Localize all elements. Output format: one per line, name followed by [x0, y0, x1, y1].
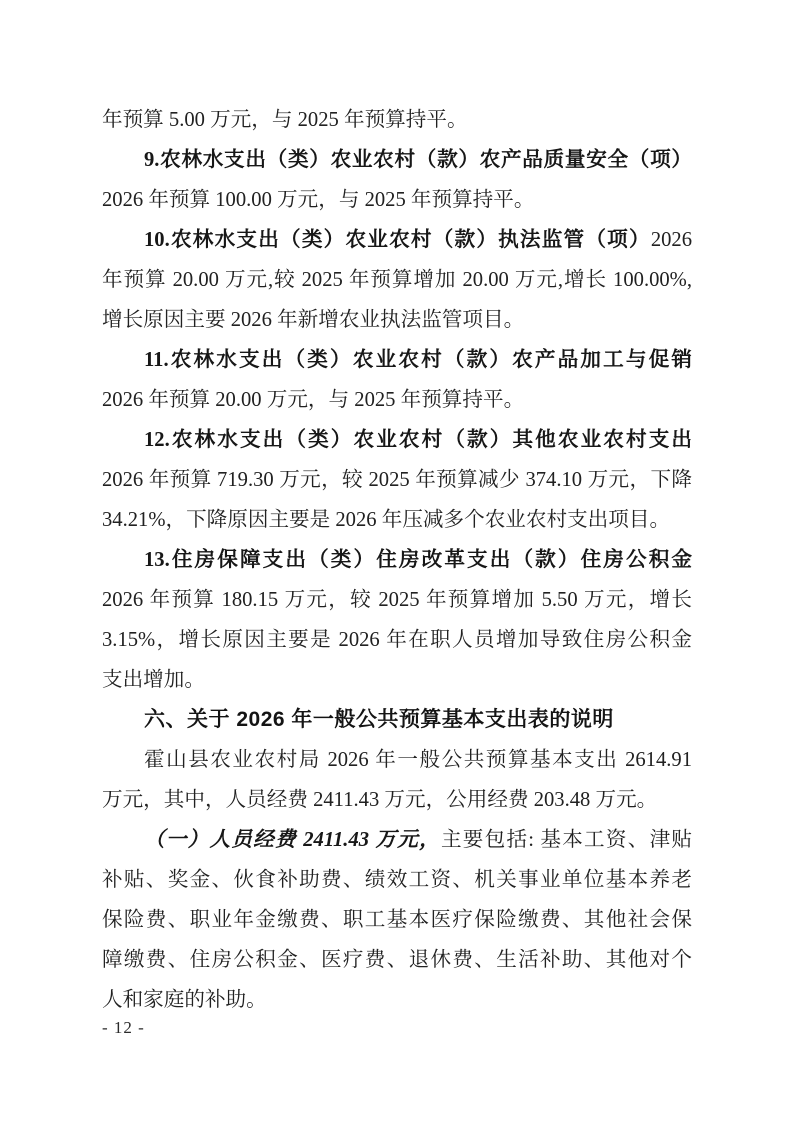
text-line: 保险费、职业年金缴费、职工基本医疗保险缴费、其他社会保: [102, 900, 692, 940]
heading-section-six: 六、关于 2026 年一般公共预算基本支出表的说明: [102, 700, 692, 740]
text-line: 2026 年预算 20.00 万元，与 2025 年预算持平。: [102, 380, 692, 420]
para-item-8-continuation: 年预算 5.00 万元，与 2025 年预算持平。: [102, 100, 692, 140]
text-run: 增长原因主要 2026 年新增农业执法监管项目。: [102, 309, 524, 331]
text-line: 人和家庭的补助。: [102, 980, 692, 1020]
bold-text-run: 11.农林水支出（类）农业农村（款）农产品加工与促销（项）: [102, 349, 692, 380]
text-line: 9.农林水支出（类）农业农村（款）农产品质量安全（项）: [102, 140, 692, 180]
text-line: 3.15%，增长原因主要是 2026 年在职人员增加导致住房公积金: [102, 620, 692, 660]
document-body: 年预算 5.00 万元，与 2025 年预算持平。9.农林水支出（类）农业农村（…: [102, 100, 692, 1020]
text-run: 霍山县农业农村局 2026 年一般公共预算基本支出 2614.91: [144, 749, 692, 771]
text-line: 支出增加。: [102, 660, 692, 700]
text-line: 2026 年预算 180.15 万元，较 2025 年预算增加 5.50 万元，…: [102, 580, 692, 620]
text-line: 11.农林水支出（类）农业农村（款）农产品加工与促销（项）: [102, 340, 692, 380]
bold-text-run: 13.住房保障支出（类）住房改革支出（款）住房公积金（项）: [102, 549, 692, 580]
text-run: 障缴费、住房公积金、医疗费、退休费、生活补助、其他对个: [102, 949, 692, 971]
text-run: 年预算 20.00 万元,较 2025 年预算增加 20.00 万元,增长 10…: [102, 269, 692, 291]
text-line: 2026 年预算 719.30 万元，较 2025 年预算减少 374.10 万…: [102, 460, 692, 500]
text-line: 年预算 20.00 万元,较 2025 年预算增加 20.00 万元,增长 10…: [102, 260, 692, 300]
text-run: 3.15%，增长原因主要是 2026 年在职人员增加导致住房公积金: [102, 629, 692, 651]
text-run: 2026 年预算 180.15 万元，较 2025 年预算增加 5.50 万元，…: [102, 589, 692, 611]
text-run: 2026: [651, 229, 692, 251]
text-line: 34.21%，下降原因主要是 2026 年压减多个农业农村支出项目。: [102, 500, 692, 540]
text-run: 补贴、奖金、伙食补助费、绩效工资、机关事业单位基本养老: [102, 869, 692, 891]
document-page: 年预算 5.00 万元，与 2025 年预算持平。9.农林水支出（类）农业农村（…: [0, 0, 793, 1121]
heading-text-run: 六、关于 2026 年一般公共预算基本支出表的说明: [144, 708, 614, 731]
para-basic-expenditure-summary: 霍山县农业农村局 2026 年一般公共预算基本支出 2614.91万元，其中，人…: [102, 740, 692, 820]
para-item-11: 11.农林水支出（类）农业农村（款）农产品加工与促销（项）2026 年预算 20…: [102, 340, 692, 420]
text-run: 2026 年预算 100.00 万元，与 2025 年预算持平。: [102, 189, 534, 211]
text-run: 2026 年预算 719.30 万元，较 2025 年预算减少 374.10 万…: [102, 469, 692, 491]
text-line: 年预算 5.00 万元，与 2025 年预算持平。: [102, 100, 692, 140]
text-run: 保险费、职业年金缴费、职工基本医疗保险缴费、其他社会保: [102, 909, 692, 931]
text-line: 霍山县农业农村局 2026 年一般公共预算基本支出 2614.91: [102, 740, 692, 780]
para-item-9: 9.农林水支出（类）农业农村（款）农产品质量安全（项）2026 年预算 100.…: [102, 140, 692, 220]
text-line: 补贴、奖金、伙食补助费、绩效工资、机关事业单位基本养老: [102, 860, 692, 900]
bold-text-run: 12.农林水支出（类）农业农村（款）其他农业农村支出（项）: [102, 429, 692, 460]
kaiti-bold-text-run: （一）人员经费 2411.43 万元，: [144, 829, 441, 851]
text-line: 10.农林水支出（类）农业农村（款）执法监管（项）2026: [102, 220, 692, 260]
text-line: 13.住房保障支出（类）住房改革支出（款）住房公积金（项）: [102, 540, 692, 580]
text-line: 2026 年预算 100.00 万元，与 2025 年预算持平。: [102, 180, 692, 220]
para-item-12: 12.农林水支出（类）农业农村（款）其他农业农村支出（项）2026 年预算 71…: [102, 420, 692, 540]
text-line: 12.农林水支出（类）农业农村（款）其他农业农村支出（项）: [102, 420, 692, 460]
text-run: 2026 年预算 20.00 万元，与 2025 年预算持平。: [102, 389, 524, 411]
bold-text-run: 9.农林水支出（类）农业农村（款）农产品质量安全（项）: [144, 149, 692, 171]
text-run: 年预算 5.00 万元，与 2025 年预算持平。: [102, 109, 468, 131]
text-line: 六、关于 2026 年一般公共预算基本支出表的说明: [102, 700, 692, 740]
text-line: 障缴费、住房公积金、医疗费、退休费、生活补助、其他对个: [102, 940, 692, 980]
text-run: 34.21%，下降原因主要是 2026 年压减多个农业农村支出项目。: [102, 509, 670, 531]
text-line: （一）人员经费 2411.43 万元，主要包括: 基本工资、津贴: [102, 820, 692, 860]
text-run: 主要包括: 基本工资、津贴: [441, 829, 692, 851]
para-item-13: 13.住房保障支出（类）住房改革支出（款）住房公积金（项）2026 年预算 18…: [102, 540, 692, 700]
text-line: 万元，其中，人员经费 2411.43 万元，公用经费 203.48 万元。: [102, 780, 692, 820]
text-line: 增长原因主要 2026 年新增农业执法监管项目。: [102, 300, 692, 340]
bold-text-run: 10.农林水支出（类）农业农村（款）执法监管（项）: [144, 229, 651, 251]
para-personnel-expenses: （一）人员经费 2411.43 万元，主要包括: 基本工资、津贴补贴、奖金、伙食…: [102, 820, 692, 1020]
page-number: - 12 -: [102, 1016, 145, 1040]
para-item-10: 10.农林水支出（类）农业农村（款）执法监管（项）2026年预算 20.00 万…: [102, 220, 692, 340]
text-run: 人和家庭的补助。: [102, 989, 267, 1011]
text-run: 万元，其中，人员经费 2411.43 万元，公用经费 203.48 万元。: [102, 789, 657, 811]
text-run: 支出增加。: [102, 669, 205, 691]
